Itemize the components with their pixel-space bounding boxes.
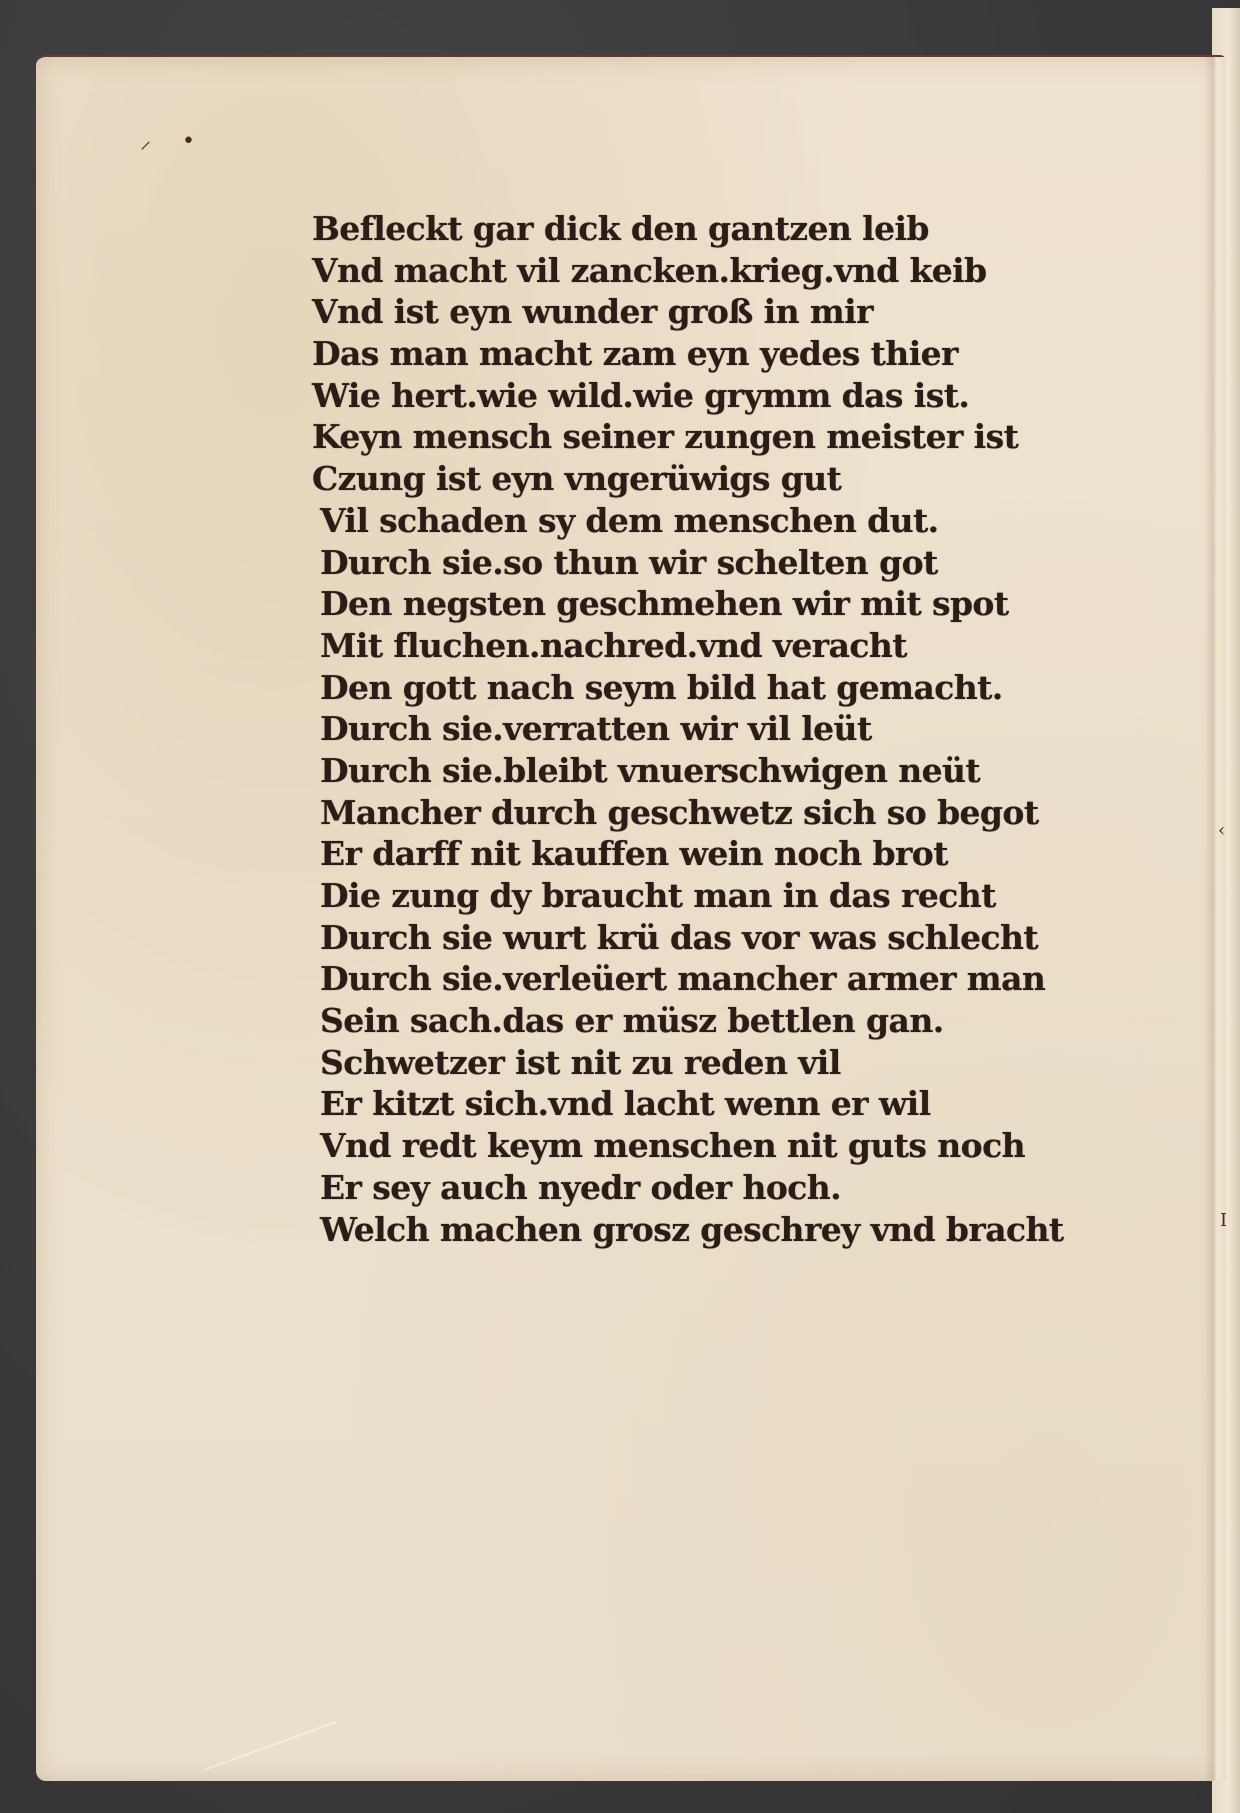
verse-line: Befleckt gar dick den gantzen leib: [312, 208, 1172, 250]
verse-line: Er sey auch nyedr oder hoch.: [312, 1167, 1172, 1209]
verse-line: Keyn mensch seiner zungen meister ist: [312, 416, 1172, 458]
right-margin-mark-1: ‹: [1218, 820, 1225, 841]
verse-line: Welch machen grosz geschrey vnd bracht: [312, 1209, 1172, 1251]
verse-line: Vnd macht vil zancken.krieg.vnd keib: [312, 250, 1172, 292]
verse-line: Durch sie.bleibt vnuerschwigen neüt: [312, 750, 1172, 792]
corner-ink-marks: ⸝ •: [140, 125, 207, 155]
verse-line: Durch sie.so thun wir schelten got: [312, 542, 1172, 584]
verse-line: Er kitzt sich.vnd lacht wenn er wil: [312, 1083, 1172, 1125]
verse-line: Durch sie.verratten wir vil leüt: [312, 708, 1172, 750]
verse-line: Vnd ist eyn wunder groß in mir: [312, 291, 1172, 333]
verse-line: Sein sach.das er müsz bettlen gan.: [312, 1000, 1172, 1042]
right-margin-mark-2: I: [1220, 1210, 1227, 1231]
verse-line: Vil schaden sy dem menschen dut.: [312, 500, 1172, 542]
verse-line: Er darff nit kauffen wein noch brot: [312, 833, 1172, 875]
verse-line: Den gott nach seym bild hat gemacht.: [312, 667, 1172, 709]
verse-line: Mancher durch geschwetz sich so begot: [312, 792, 1172, 834]
verse-line: Vnd redt keym menschen nit guts noch: [312, 1125, 1172, 1167]
verse-line: Die zung dy braucht man in das recht: [312, 875, 1172, 917]
verse-line: Durch sie wurt krü das vor was schlecht: [312, 917, 1172, 959]
verse-line: Durch sie.verleüert mancher armer man: [312, 958, 1172, 1000]
verse-line: Czung ist eyn vngerüwigs gut: [312, 458, 1172, 500]
verse-line: Wie hert.wie wild.wie grymm das ist.: [312, 375, 1172, 417]
verse-line: Mit fluchen.nachred.vnd veracht: [312, 625, 1172, 667]
verse-text-block: Befleckt gar dick den gantzen leib Vnd m…: [312, 208, 1172, 1250]
verse-line: Schwetzer ist nit zu reden vil: [312, 1042, 1172, 1084]
verse-line: Den negsten geschmehen wir mit spot: [312, 583, 1172, 625]
verse-line: Das man macht zam eyn yedes thier: [312, 333, 1172, 375]
